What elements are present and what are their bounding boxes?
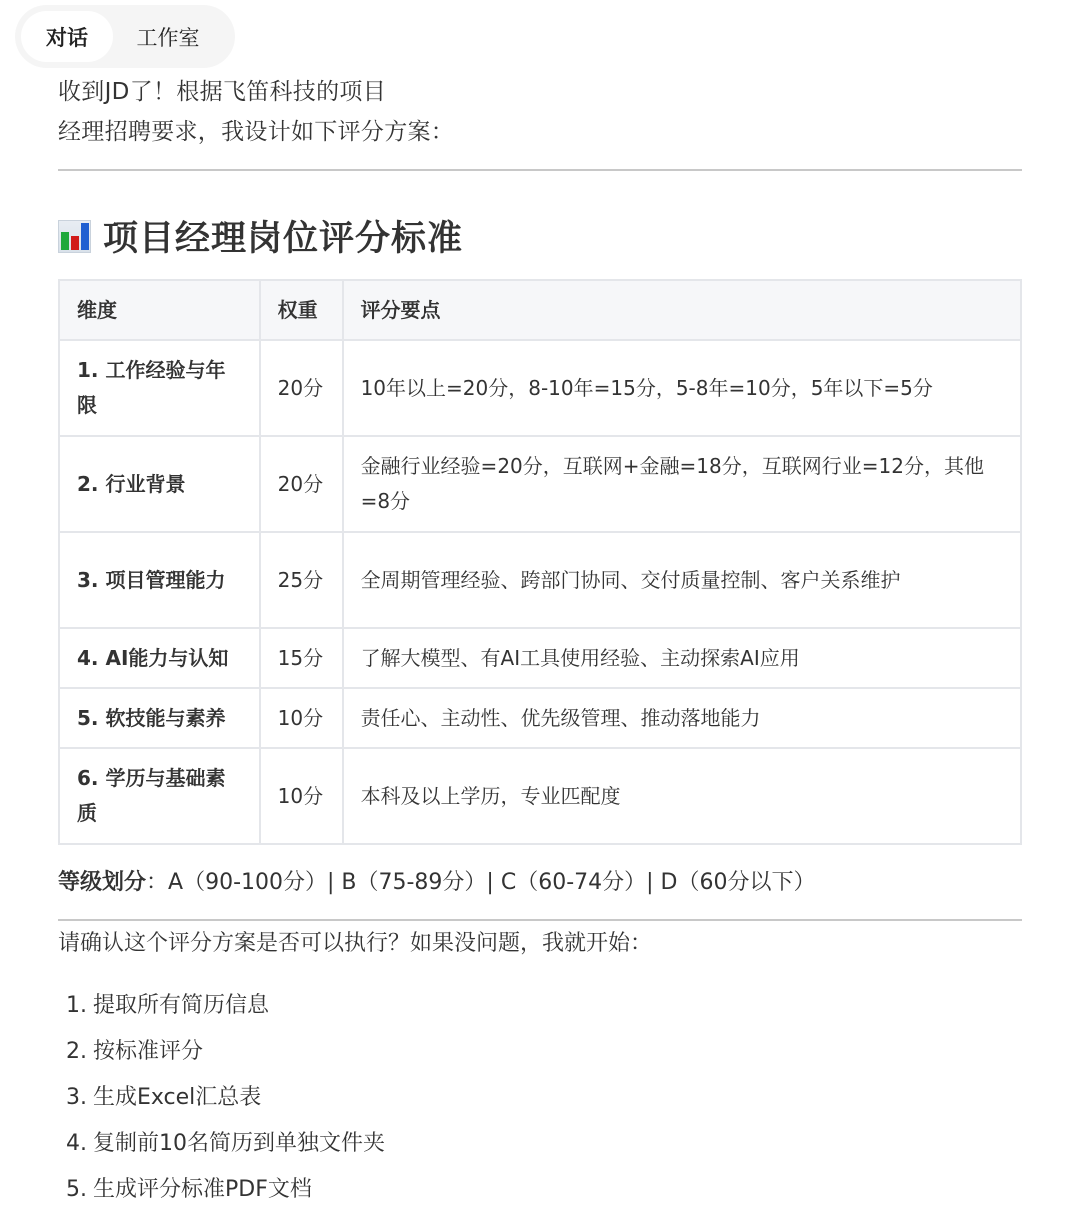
confirm-text: 请确认这个评分方案是否可以执行？如果没问题，我就开始：: [58, 929, 1022, 959]
cell-weight: 25分: [260, 532, 343, 628]
intro-line-2: 经理招聘要求，我设计如下评分方案：: [58, 112, 1022, 152]
cell-dimension: 3. 项目管理能力: [59, 532, 260, 628]
cell-dimension: 5. 软技能与素养: [59, 688, 260, 748]
cell-criteria: 全周期管理经验、跨部门协同、交付质量控制、客户关系维护: [343, 532, 1021, 628]
cell-dimension: 2. 行业背景: [59, 436, 260, 532]
scoring-table: 维度 权重 评分要点 1. 工作经验与年限 20分 10年以上=20分，8-10…: [58, 279, 1022, 845]
cell-weight: 20分: [260, 340, 343, 436]
step-text: 生成评分标准PDF文档: [93, 1167, 312, 1213]
grade-label: 等级划分: [58, 870, 146, 895]
cell-criteria: 了解大模型、有AI工具使用经验、主动探索AI应用: [343, 628, 1021, 688]
step-number: 5.: [66, 1167, 87, 1213]
list-item: 2.按标准评分: [66, 1029, 1022, 1075]
bar-chart-icon: [58, 220, 91, 253]
step-text: 按标准评分: [93, 1029, 203, 1075]
header-criteria: 评分要点: [343, 280, 1021, 340]
step-number: 4.: [66, 1121, 87, 1167]
table-row: 5. 软技能与素养 10分 责任心、主动性、优先级管理、推动落地能力: [59, 688, 1021, 748]
heading-text: 项目经理岗位评分标准: [103, 211, 463, 261]
step-text: 提取所有简历信息: [93, 983, 269, 1029]
cell-weight: 10分: [260, 748, 343, 844]
table-header-row: 维度 权重 评分要点: [59, 280, 1021, 340]
intro-text: 收到JD了！根据飞笛科技的项目 经理招聘要求，我设计如下评分方案：: [58, 72, 1022, 152]
grade-separator: ：: [146, 870, 168, 895]
step-number: 1.: [66, 983, 87, 1029]
cell-criteria: 金融行业经验=20分，互联网+金融=18分，互联网行业=12分，其他=8分: [343, 436, 1021, 532]
list-item: 1.提取所有简历信息: [66, 983, 1022, 1029]
list-item: 3.生成Excel汇总表: [66, 1075, 1022, 1121]
step-number: 3.: [66, 1075, 87, 1121]
cell-dimension: 4. AI能力与认知: [59, 628, 260, 688]
tab-chat[interactable]: 对话: [21, 11, 113, 62]
cell-criteria: 10年以上=20分，8-10年=15分，5-8年=10分，5年以下=5分: [343, 340, 1021, 436]
cell-dimension: 1. 工作经验与年限: [59, 340, 260, 436]
assistant-message: 收到JD了！根据飞笛科技的项目 经理招聘要求，我设计如下评分方案： 项目经理岗位…: [58, 72, 1022, 1213]
section-heading: 项目经理岗位评分标准: [58, 211, 1022, 261]
list-item: 4.复制前10名简历到单独文件夹: [66, 1121, 1022, 1167]
cell-criteria: 责任心、主动性、优先级管理、推动落地能力: [343, 688, 1021, 748]
tab-switcher: 对话 工作室: [15, 5, 235, 68]
table-row: 3. 项目管理能力 25分 全周期管理经验、跨部门协同、交付质量控制、客户关系维…: [59, 532, 1021, 628]
header-dimension: 维度: [59, 280, 260, 340]
tab-studio[interactable]: 工作室: [113, 11, 223, 62]
step-number: 2.: [66, 1029, 87, 1075]
steps-list: 1.提取所有简历信息 2.按标准评分 3.生成Excel汇总表 4.复制前10名…: [58, 983, 1022, 1213]
cell-dimension: 6. 学历与基础素质: [59, 748, 260, 844]
step-text: 复制前10名简历到单独文件夹: [93, 1121, 385, 1167]
grade-levels: 等级划分：A（90-100分）| B（75-89分）| C（60-74分）| D…: [58, 865, 1022, 901]
cell-weight: 15分: [260, 628, 343, 688]
header-weight: 权重: [260, 280, 343, 340]
table-row: 4. AI能力与认知 15分 了解大模型、有AI工具使用经验、主动探索AI应用: [59, 628, 1021, 688]
cell-criteria: 本科及以上学历，专业匹配度: [343, 748, 1021, 844]
chat-page: 对话 工作室 收到JD了！根据飞笛科技的项目 经理招聘要求，我设计如下评分方案：…: [0, 0, 1080, 1224]
list-item: 5.生成评分标准PDF文档: [66, 1167, 1022, 1213]
cell-weight: 20分: [260, 436, 343, 532]
divider: [58, 169, 1022, 171]
table-row: 1. 工作经验与年限 20分 10年以上=20分，8-10年=15分，5-8年=…: [59, 340, 1021, 436]
intro-line-1: 收到JD了！根据飞笛科技的项目: [58, 72, 1022, 112]
grade-text: A（90-100分）| B（75-89分）| C（60-74分）| D（60分以…: [168, 870, 815, 895]
table-row: 6. 学历与基础素质 10分 本科及以上学历，专业匹配度: [59, 748, 1021, 844]
table-row: 2. 行业背景 20分 金融行业经验=20分，互联网+金融=18分，互联网行业=…: [59, 436, 1021, 532]
step-text: 生成Excel汇总表: [93, 1075, 261, 1121]
divider: [58, 919, 1022, 921]
cell-weight: 10分: [260, 688, 343, 748]
